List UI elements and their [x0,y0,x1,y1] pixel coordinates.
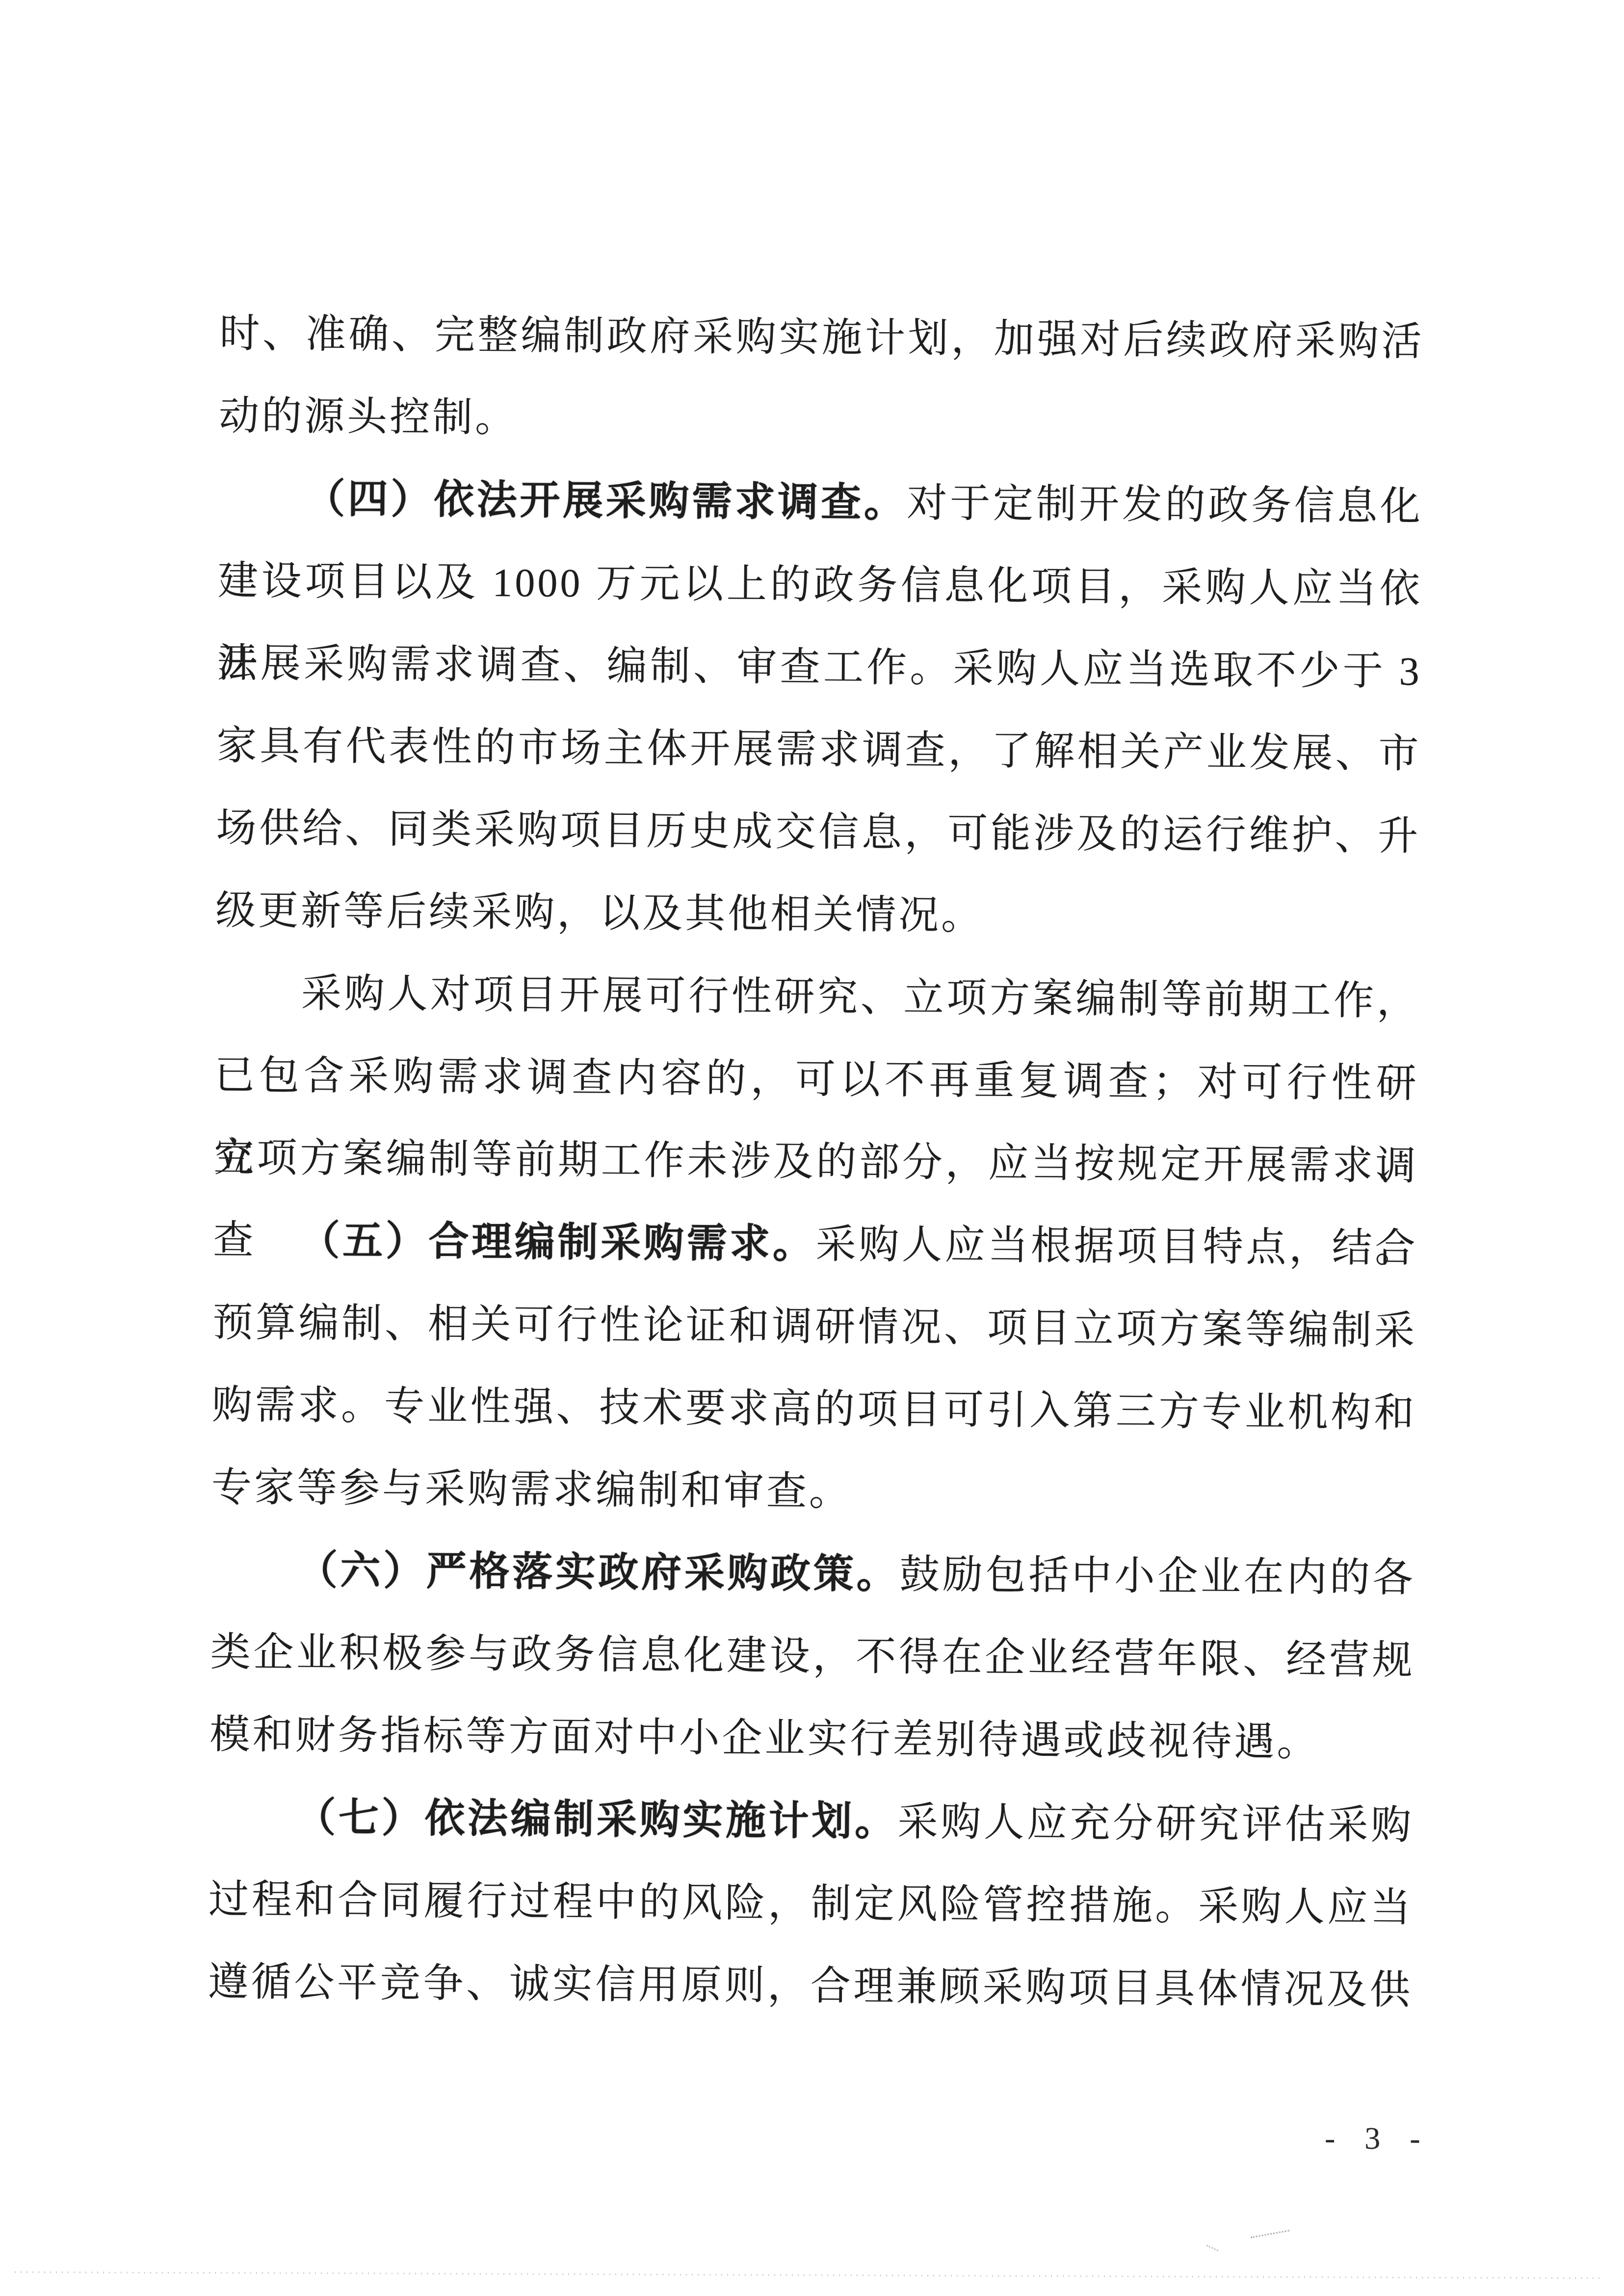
text-line: （四）依法开展采购需求调查。对于定制开发的政务信息化 [218,457,1423,548]
text-line: 已包含采购需求调查内容的，可以不再重复调查；对可行性研究、 [214,1034,1419,1125]
scan-artifact-line [15,2271,1604,2279]
section-heading: （七）依法编制采购实施计划。 [295,1795,898,1844]
text-line: 购需求。专业性强、技术要求高的项目可引入第三方专业机构和 [212,1364,1417,1455]
text-line: 开展采购需求调查、编制、审查工作。采购人应当选取不少于 3 [217,622,1422,713]
text-line: 专家等参与采购需求编制和审查。 [211,1446,1416,1537]
text-line: 动的源头控制。 [219,375,1424,466]
text-line: 遵循公平竞争、诚实信用原则，合理兼顾采购项目具体情况及供 [208,1941,1413,2032]
text-line: 立项方案编制等前期工作未涉及的部分，应当按规定开展需求调查。 [213,1117,1418,1207]
scan-artifact-mark [1204,2244,1219,2257]
text-line: 预算编制、相关可行性论证和调研情况、项目立项方案等编制采 [212,1281,1417,1372]
text-line: （六）严格落实政府采购政策。鼓励包括中小企业在内的各 [210,1529,1415,1619]
section-heading: （五）合理编制采购需求。 [299,1218,816,1266]
document-body: 时、准确、完整编制政府采购实施计划，加强对后续政府采购活动的源头控制。（四）依法… [208,292,1424,2032]
text-line: （七）依法编制采购实施计划。采购人应充分研究评估采购 [209,1776,1414,1867]
text-line: 模和财务指标等方面对中小企业实行差别待遇或歧视待遇。 [210,1694,1414,1784]
text-line: 类企业积极参与政务信息化建设，不得在企业经营年限、经营规 [210,1611,1415,1702]
text-line: 建设项目以及 1000 万元以上的政务信息化项目，采购人应当依法 [217,540,1422,630]
section-heading: （六）严格落实政府采购政策。 [297,1548,900,1597]
text-line: 级更新等后续采购，以及其他相关情况。 [215,869,1420,960]
text-line: 时、准确、完整编制政府采购实施计划，加强对后续政府采购活 [219,292,1424,383]
scan-artifact-mark [1251,2230,1291,2248]
section-heading: （四）依法开展采购需求调查。 [305,476,907,525]
scanned-document-page: 时、准确、完整编制政府采购实施计划，加强对后续政府采购活动的源头控制。（四）依法… [0,0,1624,2296]
text-line: 场供给、同类采购项目历史成交信息，可能涉及的运行维护、升 [216,787,1421,878]
page-number: - 3 - [1325,2120,1431,2157]
text-line: 采购人对项目开展可行性研究、立项方案编制等前期工作， [214,952,1419,1043]
text-line: 家具有代表性的市场主体开展需求调查，了解相关产业发展、市 [216,704,1421,795]
text-line: 过程和合同履行过程中的风险，制定风险管控措施。采购人应当 [209,1858,1414,1949]
text-line: （五）合理编制采购需求。采购人应当根据项目特点，结合 [213,1199,1418,1290]
